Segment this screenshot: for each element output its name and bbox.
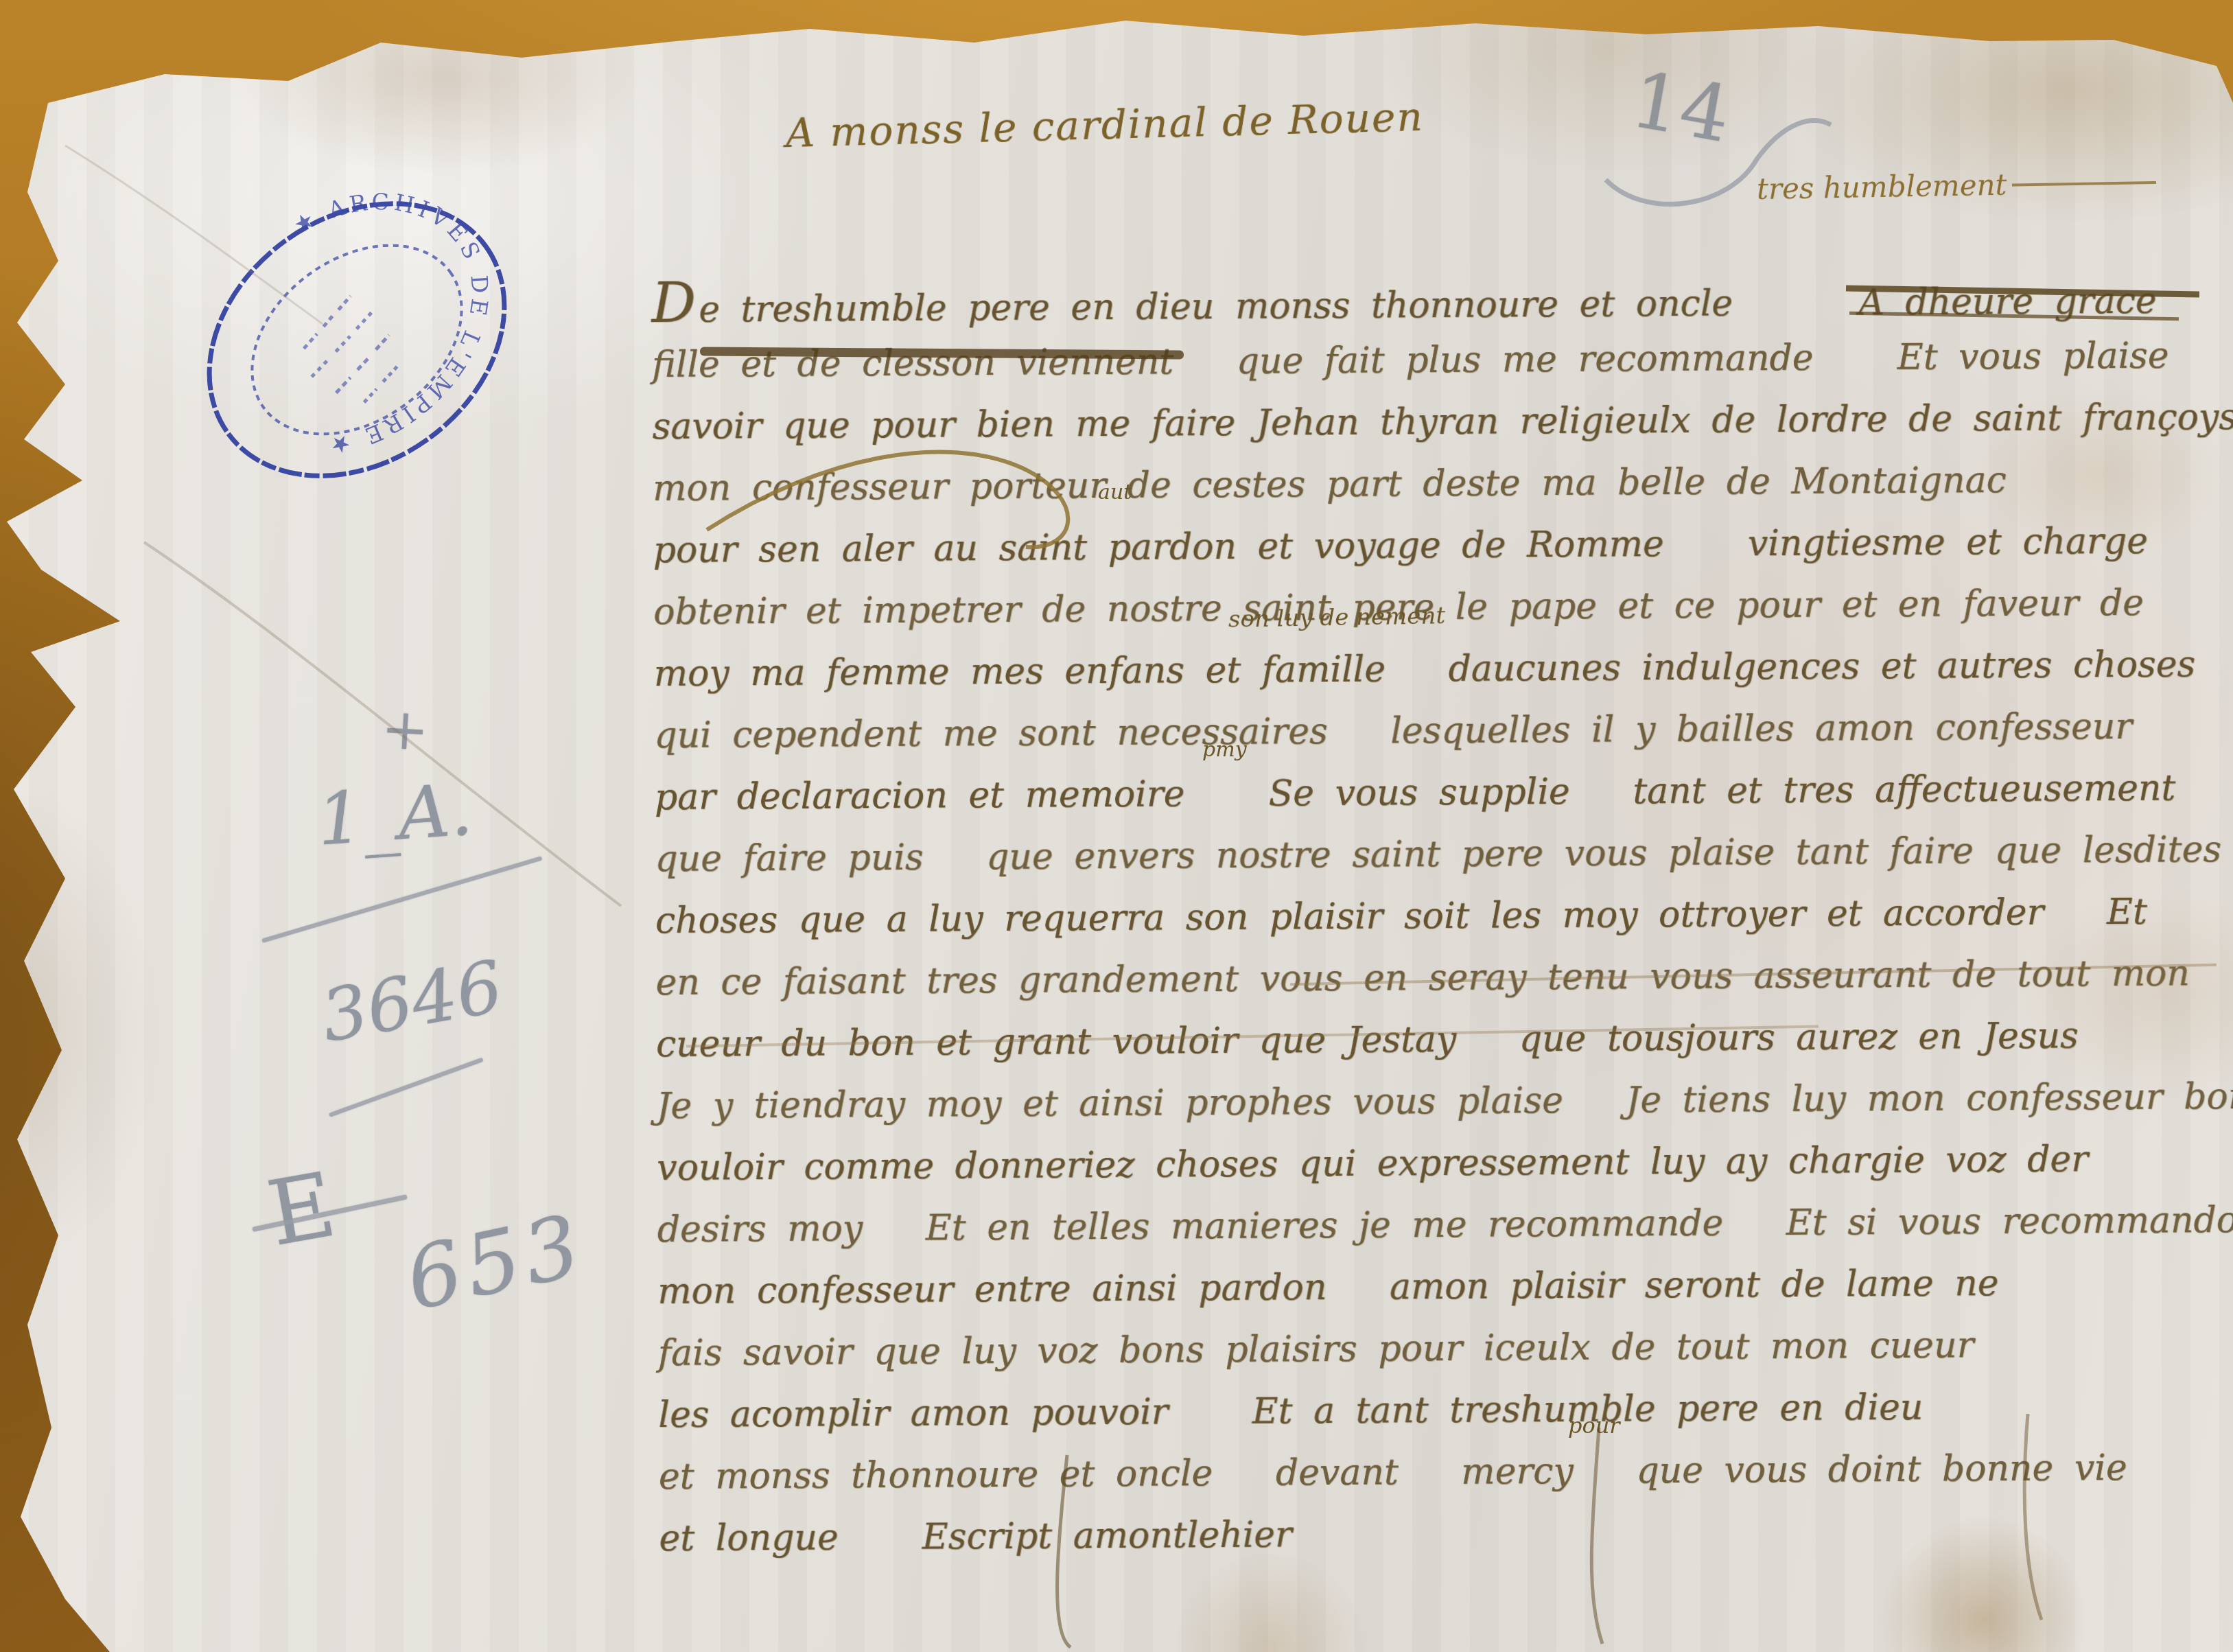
manuscript-line: mon confesseur porteur de cestes part de… (653, 448, 2225, 520)
letter-body: De treshumble pere en dieu monss thonnou… (651, 263, 2231, 1570)
manuscript-line: et monss thonnoure et oncle devant mercy… (659, 1436, 2231, 1508)
manuscript-line: que faire puis que envers nostre saint p… (655, 819, 2227, 890)
stamp-illegible-center-lines (287, 291, 413, 419)
photo-canvas: ★ ARCHIVES DE L'EMPIRE ★ A monss le card… (0, 0, 2233, 1652)
series-letter: E (261, 1152, 343, 1266)
pencil-line (261, 856, 542, 942)
address-heading: A monss le cardinal de Rouen (785, 93, 1424, 156)
manuscript-line: qui cependent me sont necessaires lesque… (654, 695, 2226, 767)
interlinear-insertion: pmy (1202, 738, 1247, 762)
manuscript-line: savoir que pour bien me faire Jehan thyr… (652, 386, 2224, 458)
manuscript-line: par declaracion et memoire Se vous suppl… (655, 757, 2227, 828)
corner-note: tres humblement (1757, 165, 2157, 206)
manuscript-line: et longue Escript amontlehier (659, 1498, 2231, 1570)
interlinear-insertion: pour (1568, 1412, 1620, 1439)
series-number: 653 (398, 1196, 594, 1329)
manuscript-paper: ★ ARCHIVES DE L'EMPIRE ★ A monss le card… (0, 0, 2233, 1652)
stamp-legend-text: ★ ARCHIVES DE L'EMPIRE ★ (198, 132, 547, 480)
manuscript-line: pour sen aler au saint pardon et voyage … (653, 510, 2225, 581)
cross-mark: + (380, 696, 431, 763)
manuscript-line: moy ma femme mes enfans et famille daucu… (654, 633, 2226, 705)
cote-number: 3646 (315, 944, 508, 1058)
manuscript-line: les acomplir amon pouvoir Et a tant tres… (658, 1375, 2230, 1446)
manuscript-line: mon confesseur entre ainsi pardon amon p… (657, 1251, 2230, 1323)
manuscript-line: choses que a luy requerra son plaisir so… (655, 881, 2228, 952)
manuscript-line: Je y tiendray moy et ainsi prophes vous … (656, 1066, 2228, 1137)
archive-stamp: ★ ARCHIVES DE L'EMPIRE ★ (110, 97, 603, 582)
manuscript-line: fais savoir que luy voz bons plaisirs po… (658, 1313, 2230, 1384)
manuscript-line: fille et de clesson viennent que fait pl… (652, 325, 2224, 396)
interlinear-insertion: son luy de nement (1228, 602, 1446, 633)
manuscript-line: De treshumble pere en dieu monss thonnou… (651, 263, 2223, 334)
manuscript-line: desirs moy Et en telles manieres je me r… (657, 1189, 2229, 1261)
interlinear-insertion: aut (1098, 480, 1132, 504)
cote-top: 1_A. (314, 767, 475, 861)
manuscript-line: en ce faisant tres grandement vous en se… (655, 942, 2228, 1014)
pencil-line (329, 1058, 484, 1117)
manuscript-line: vouloir comme donneriez choses qui expre… (657, 1128, 2229, 1199)
page-number: 14 (1625, 56, 1737, 161)
manuscript-line: cueur du bon et grant vouloir que Jestay… (656, 1004, 2228, 1075)
